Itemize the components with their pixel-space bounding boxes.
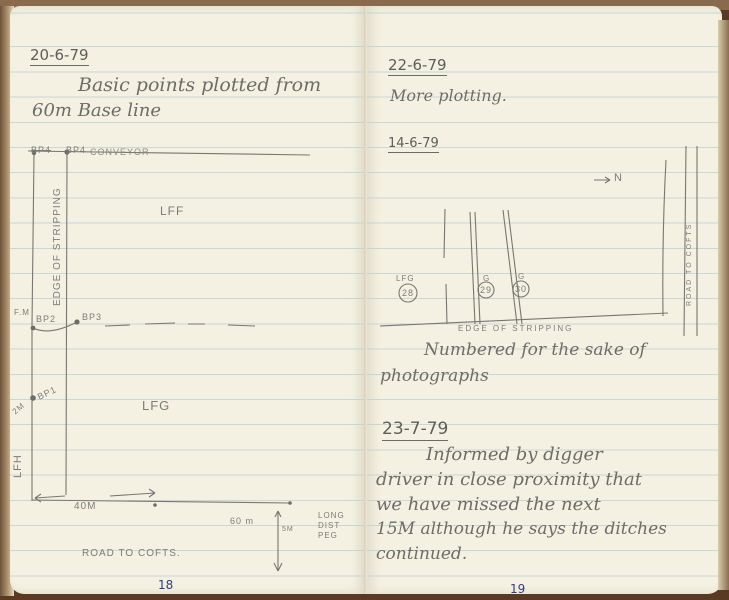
page-number: 19 <box>510 582 525 594</box>
road-to-cofts-label: ROAD TO COFTS. <box>82 548 181 559</box>
feature-number: 29 <box>480 285 492 295</box>
entry-line: driver in close proximity that <box>376 469 642 490</box>
bp3-label: BP3 <box>82 312 102 322</box>
fm-label: F.M <box>14 308 30 317</box>
feature-type-label: G <box>518 272 525 281</box>
caption-line: Numbered for the sake of <box>424 340 646 360</box>
long-dist-peg-line: PEG <box>318 531 345 541</box>
north-label: N <box>614 172 623 184</box>
conveyor-label: CONVEYOR <box>90 147 150 157</box>
long-dist-peg-line: DIST <box>318 521 345 531</box>
page-number: 18 <box>158 578 173 592</box>
site-plan-sketch <box>10 6 366 594</box>
caption-line: photographs <box>380 366 489 386</box>
entry-line: Informed by digger <box>426 444 603 465</box>
feature-type-label: LFG <box>396 274 415 283</box>
lfg-label: LFG <box>142 398 170 413</box>
left-page: 20-6-79 Basic points plotted from 60m Ba… <box>10 6 366 594</box>
entry-date: 23-7-79 <box>382 419 448 441</box>
notebook-gutter <box>364 6 367 594</box>
long-dist-peg-line: LONG <box>318 511 345 521</box>
feature-number: 28 <box>402 288 414 298</box>
edge-of-stripping-label: EDGE OF STRIPPING <box>458 324 573 333</box>
entry-line: 15M although he says the ditches <box>376 519 667 539</box>
long-dist-peg-label: LONG DIST PEG <box>318 511 345 541</box>
bp4-label: BP4 <box>66 145 86 155</box>
feature-number: 30 <box>515 284 527 294</box>
entry-line: we have missed the next <box>376 494 601 515</box>
sixty-m-label: 60 m <box>230 516 254 526</box>
road-to-cofts-label: ROAD TO COFTS <box>686 223 693 306</box>
right-page: 22-6-79 More plotting. 14-6-79 <box>366 6 722 594</box>
lff-label: LFF <box>160 204 184 218</box>
five-m-label: 5M <box>282 526 294 533</box>
bp2-label: BP2 <box>36 314 56 324</box>
edge-of-stripping-label: EDGE OF STRIPPING <box>52 187 63 306</box>
forty-m-label: 40M <box>74 501 96 512</box>
lfh-label: LFH <box>12 454 24 478</box>
notebook-binding-right <box>718 20 729 590</box>
feature-type-label: G <box>483 274 490 283</box>
entry-line: continued. <box>376 544 467 564</box>
bp4-struck-label: BP4 <box>31 145 51 155</box>
